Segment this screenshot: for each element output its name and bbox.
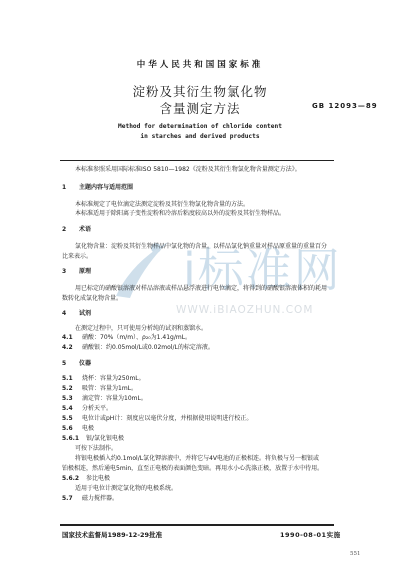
section-2-line-2: 比来表示。 [62, 253, 92, 261]
subsection-text: 烧杯：容量为250mL。 [82, 375, 145, 382]
subsection-text: 滴定管：容量为10mL。 [82, 395, 147, 402]
section-heading-3: 3原理 [62, 268, 91, 276]
section-title: 主题内容与适用范围 [79, 184, 133, 191]
subsection-number: 5.5 [62, 415, 82, 423]
subsection-text: 银/氯化银电极 [86, 435, 124, 442]
section-number: 2 [62, 226, 79, 234]
subsection-text: 磁力搅拌器。 [82, 495, 118, 502]
english-title-line1: Method for determination of chloride con… [0, 123, 400, 130]
subsection-number: 4.1 [62, 334, 82, 342]
subsection-5-2: 5.2吸管：容量为1mL。 [62, 385, 137, 393]
section-1-line-2: 本标准适用于除阳离子变性淀粉和冷溶后粘度较高以外的淀粉及其衍生物样品。 [75, 210, 285, 218]
subsection-text: 电位计或pH计：刻度应以毫伏分度，并根据使用说明进行校正。 [82, 415, 252, 422]
subsection-number: 5.6 [62, 425, 82, 433]
section-number: 4 [62, 310, 79, 318]
subsection-5-6-1: 5.6.1银/氯化银电极 [62, 435, 124, 443]
subsection-text: 电极 [82, 425, 94, 432]
subsection-4-2: 4.2硝酸银：约0.05mol/L或0.02mol/L的标定溶液。 [62, 344, 214, 352]
section-heading-2: 2术语 [62, 226, 91, 234]
subsection-number: 5.1 [62, 375, 82, 383]
subsection-text: 分析天平。 [82, 405, 112, 412]
section-title: 术语 [79, 226, 91, 233]
section-3-line-1: 用已标定的硝酸银溶液对样品溶液或样品悬浮液进行电位滴定，将得到的硝酸银溶液体积的… [75, 285, 327, 293]
national-standard-label: 中华人民共和国国家标准 [0, 58, 400, 70]
subsection-5-6-1-line-1: 可按下法制作。 [75, 445, 117, 453]
subsection-text: 硝酸：70%（m/m）、ρ₂₀为1.41g/mL。 [82, 334, 191, 341]
section-4-line: 在测定过程中，只可使用分析纯的试剂和蒸馏水。 [75, 325, 207, 333]
subsection-number: 5.7 [62, 495, 82, 503]
section-title: 仪器 [79, 360, 91, 367]
section-title: 原理 [79, 268, 91, 275]
subsection-5-4: 5.4分析天平。 [62, 405, 112, 413]
section-3-line-2: 数转化成氯化物含量。 [62, 295, 122, 303]
subsection-number: 5.4 [62, 405, 82, 413]
watermark-url: WWW.iBIAOZHUN.COM [176, 304, 313, 316]
subsection-text: 硝酸银：约0.05mol/L或0.02mol/L的标定溶液。 [82, 344, 214, 351]
section-1-line-1: 本标准规定了电位滴定法测定淀粉及其衍生物氯化物含量的方法。 [75, 201, 249, 209]
section-number: 3 [62, 268, 79, 276]
subsection-5-6-1-line-3: 铂极相连，然后通电5min，直至正电极的表面颜色变暗。再用水小心洗涤正极，放置于… [62, 465, 323, 473]
subsection-text: 吸管：容量为1mL。 [82, 385, 137, 392]
section-heading-5: 5仪器 [62, 360, 91, 368]
section-heading-1: 1主题内容与适用范围 [62, 184, 133, 192]
footer-divider [60, 524, 334, 526]
intro-paragraph: 本标准参照采用国际标准ISO 5810—1982《淀粉及其衍生物氯化物含量测定方… [75, 166, 301, 174]
page-number: 551 [350, 551, 361, 557]
subsection-5-3: 5.3滴定管：容量为10mL。 [62, 395, 147, 403]
section-title: 试剂 [79, 310, 91, 317]
standard-code: GB 12093—89 [312, 102, 378, 110]
section-2-line-1: 氯化物含量：淀粉及其衍生物样品中氯化物的含量。以样品氯化钠重量对样品原重量的重量… [75, 243, 327, 251]
approval-date: 国家技术监督局1989-12-29批准 [62, 530, 162, 539]
subsection-number: 5.2 [62, 385, 82, 393]
subsection-number: 4.2 [62, 344, 82, 352]
subsection-5-1: 5.1烧杯：容量为250mL。 [62, 375, 145, 383]
subsection-5-6-1-line-2: 将银电极插入约0.1mol/L氯化钾溶液中，并将它与4V电池的正极相连。将负极与… [75, 455, 319, 463]
subsection-4-1: 4.1硝酸：70%（m/m）、ρ₂₀为1.41g/mL。 [62, 334, 191, 342]
document-title-line1: 淀粉及其衍生物氯化物 [0, 82, 400, 100]
subsection-5-6-2-line: 适用于电位计测定氯化物的电极系统。 [75, 485, 177, 493]
section-number: 1 [62, 184, 79, 192]
english-title-line2: in starches and derived products [0, 133, 400, 140]
subsection-5-5: 5.5电位计或pH计：刻度应以毫伏分度，并根据使用说明进行校正。 [62, 415, 252, 423]
subsection-number: 5.6.1 [62, 435, 86, 443]
subsection-text: 参比电极 [86, 475, 110, 482]
section-number: 5 [62, 360, 79, 368]
effective-date: 1990-08-01实施 [280, 530, 341, 539]
subsection-5-6: 5.6电极 [62, 425, 94, 433]
subsection-5-7: 5.7磁力搅拌器。 [62, 495, 118, 503]
subsection-5-6-2: 5.6.2参比电极 [62, 475, 110, 483]
header-divider [60, 160, 334, 161]
subsection-number: 5.6.2 [62, 475, 86, 483]
subsection-number: 5.3 [62, 395, 82, 403]
section-heading-4: 4试剂 [62, 310, 91, 318]
